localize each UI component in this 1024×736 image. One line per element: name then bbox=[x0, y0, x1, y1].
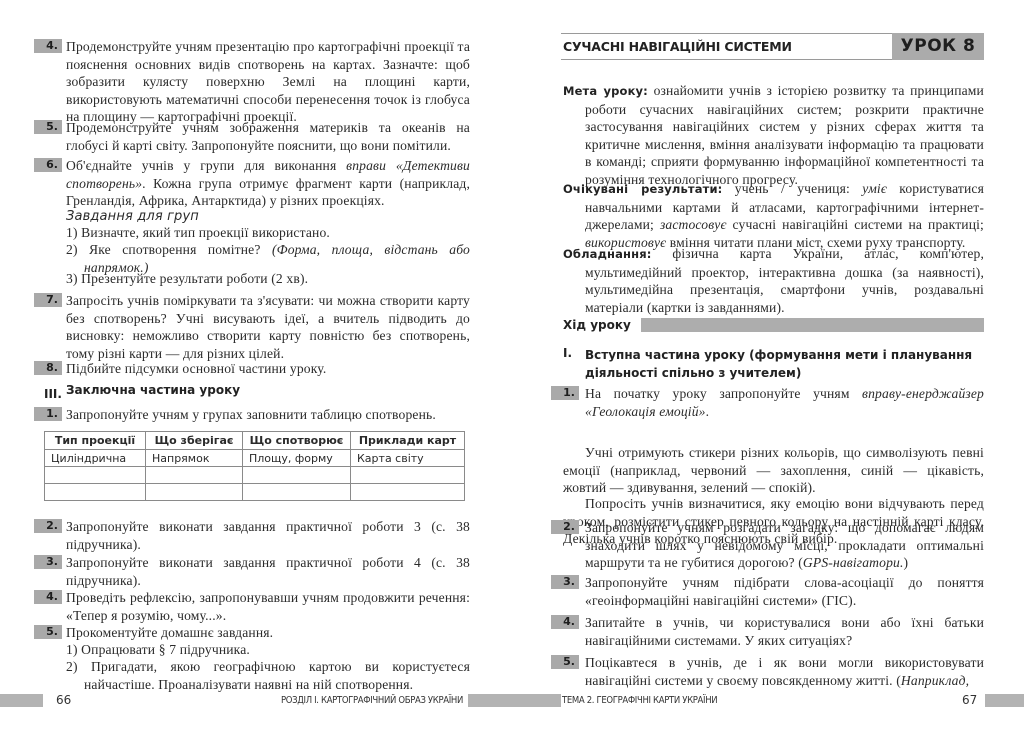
section-roman: III. bbox=[44, 387, 62, 401]
table-row bbox=[45, 484, 465, 501]
footer-section-title: РОЗДІЛ І. КАРТОГРАФІЧНИЙ ОБРАЗ УКРАЇНИ bbox=[281, 694, 463, 707]
header-rule bbox=[561, 33, 892, 34]
text: учень / учениця: bbox=[735, 181, 863, 196]
table-cell: Площу, форму bbox=[243, 450, 351, 467]
step-number: 4. bbox=[551, 615, 579, 629]
step-number: 1. bbox=[551, 386, 579, 400]
column-header: Що спотворює bbox=[243, 432, 351, 450]
homework-item: 1) Опрацювати § 7 підручника. bbox=[66, 641, 470, 659]
text: Запропонуйте учням розгадати загадку: що… bbox=[585, 520, 984, 570]
table-cell bbox=[146, 467, 243, 484]
text: застосовує bbox=[660, 217, 727, 232]
goal-label: Мета уроку: bbox=[563, 84, 648, 98]
step-number: 4. bbox=[34, 39, 62, 53]
step-number: 6. bbox=[34, 158, 62, 172]
footer-bar bbox=[468, 694, 512, 707]
example-hint: Наприклад, bbox=[901, 673, 969, 688]
table-cell bbox=[146, 484, 243, 501]
step-text: Продемонструйте учням зображення материк… bbox=[66, 119, 470, 154]
step-number: 5. bbox=[551, 655, 579, 669]
text: сучасні навігаційні системи на практиці; bbox=[727, 217, 984, 232]
results-label: Очікувані результати: bbox=[563, 182, 722, 196]
group-task: 1) Визначте, який тип проекції використа… bbox=[66, 224, 470, 242]
step-text: Запропонуйте виконати завдання практично… bbox=[66, 518, 470, 553]
footer-bar bbox=[0, 694, 43, 707]
table-header-row: Тип проекції Що зберігає Що спотворює Пр… bbox=[45, 432, 465, 450]
equipment: Обладнання: фізична карта України, атлас… bbox=[563, 245, 984, 316]
table-cell bbox=[45, 467, 146, 484]
step-text: Запросіть учнів поміркувати та з'ясувати… bbox=[66, 292, 470, 362]
text: ) bbox=[904, 555, 909, 570]
step-text: Запропонуйте учням у групах заповнити та… bbox=[66, 406, 470, 424]
section-3-heading: III. Заключна частина уроку bbox=[44, 383, 62, 402]
step-text: Проведіть рефлексію, запропонувавши учня… bbox=[66, 589, 470, 624]
step-number: 4. bbox=[34, 590, 62, 604]
table-row: Циліндрична Напрямок Площу, форму Карта … bbox=[45, 450, 465, 467]
column-header: Приклади карт bbox=[351, 432, 465, 450]
step-text: Об'єднайте учнів у групи для виконання в… bbox=[66, 157, 470, 210]
step-number: 2. bbox=[34, 519, 62, 533]
column-header: Тип проекції bbox=[45, 432, 146, 450]
step-number: 5. bbox=[34, 120, 62, 134]
step-number: 8. bbox=[34, 361, 62, 375]
step-number: 5. bbox=[34, 625, 62, 639]
group-task: 3) Презентуйте результати роботи (2 хв). bbox=[66, 270, 470, 288]
course-heading-bar bbox=[641, 318, 984, 332]
text: Об'єднайте учнів у групи для виконання bbox=[66, 158, 346, 173]
section-title: Вступна частина уроку (формування мети і… bbox=[585, 346, 984, 382]
step-text: Запропонуйте виконати завдання практично… bbox=[66, 554, 470, 589]
equipment-label: Обладнання: bbox=[563, 247, 652, 261]
text: . bbox=[706, 404, 710, 419]
header-rule bbox=[561, 59, 892, 60]
distortion-table: Тип проекції Що зберігає Що спотворює Пр… bbox=[44, 431, 465, 501]
step-number: 1. bbox=[34, 407, 62, 421]
step-text: На початку уроку запропонуйте учням впра… bbox=[585, 385, 984, 420]
table-cell: Карта світу bbox=[351, 450, 465, 467]
lesson-number-badge: УРОК 8 bbox=[892, 33, 984, 60]
stickers-paragraph: Учні отримують стикери різних кольорів, … bbox=[563, 444, 984, 497]
homework-item: 2) Пригадати, якою географічною картою в… bbox=[66, 658, 470, 693]
step-text: Поцікавтеся в учнів, де і як вони могли … bbox=[585, 654, 984, 689]
step-number: 3. bbox=[551, 575, 579, 589]
course-heading: Хід уроку bbox=[563, 318, 631, 332]
expected-results: Очікувані результати: учень / учениця: у… bbox=[563, 180, 984, 251]
text: уміє bbox=[862, 181, 887, 196]
step-text: Запитайте в учнів, чи користувалися вони… bbox=[585, 614, 984, 649]
footer-topic-title: ТЕМА 2. ГЕОГРАФІЧНІ КАРТИ УКРАЇНИ bbox=[562, 694, 717, 707]
table-cell bbox=[243, 467, 351, 484]
lesson-goal: Мета уроку: ознайомити учнів з історією … bbox=[563, 82, 984, 189]
step-text: Прокоментуйте домашнє завдання. bbox=[66, 624, 470, 642]
step-text: Запропонуйте учням розгадати загадку: що… bbox=[585, 519, 984, 572]
table-cell bbox=[243, 484, 351, 501]
step-number: 7. bbox=[34, 293, 62, 307]
table-row bbox=[45, 467, 465, 484]
column-header: Що зберігає bbox=[146, 432, 243, 450]
footer-bar bbox=[985, 694, 1024, 707]
step-text: Продемонструйте учням презентацію про ка… bbox=[66, 38, 470, 126]
group-tasks-title: Завдання для груп bbox=[66, 208, 199, 226]
footer-bar bbox=[512, 694, 561, 707]
left-page: 4. Продемонструйте учням презентацію про… bbox=[0, 0, 512, 736]
answer-hint: GPS-навігатори. bbox=[803, 555, 904, 570]
table-cell: Напрямок bbox=[146, 450, 243, 467]
table-cell bbox=[45, 484, 146, 501]
table-cell: Циліндрична bbox=[45, 450, 146, 467]
section-title: Заключна частина уроку bbox=[66, 383, 240, 397]
text: На початку уроку запропонуйте учням bbox=[585, 386, 862, 401]
lesson-title: СУЧАСНІ НАВІГАЦІЙНІ СИСТЕМИ bbox=[563, 39, 792, 54]
page-number: 66 bbox=[56, 693, 71, 707]
table-cell bbox=[351, 484, 465, 501]
step-number: 3. bbox=[34, 555, 62, 569]
table-cell bbox=[351, 467, 465, 484]
text: 2) Яке спотворення помітне? bbox=[66, 242, 272, 257]
goal-text: ознайомити учнів з історією розвитку та … bbox=[585, 83, 984, 187]
section-roman: I. bbox=[563, 346, 572, 360]
page-number: 67 bbox=[962, 693, 977, 707]
step-number: 2. bbox=[551, 520, 579, 534]
step-text: Запропонуйте учням підібрати слова-асоці… bbox=[585, 574, 984, 609]
step-text: Підбийте підсумки основної частини уроку… bbox=[66, 360, 470, 378]
